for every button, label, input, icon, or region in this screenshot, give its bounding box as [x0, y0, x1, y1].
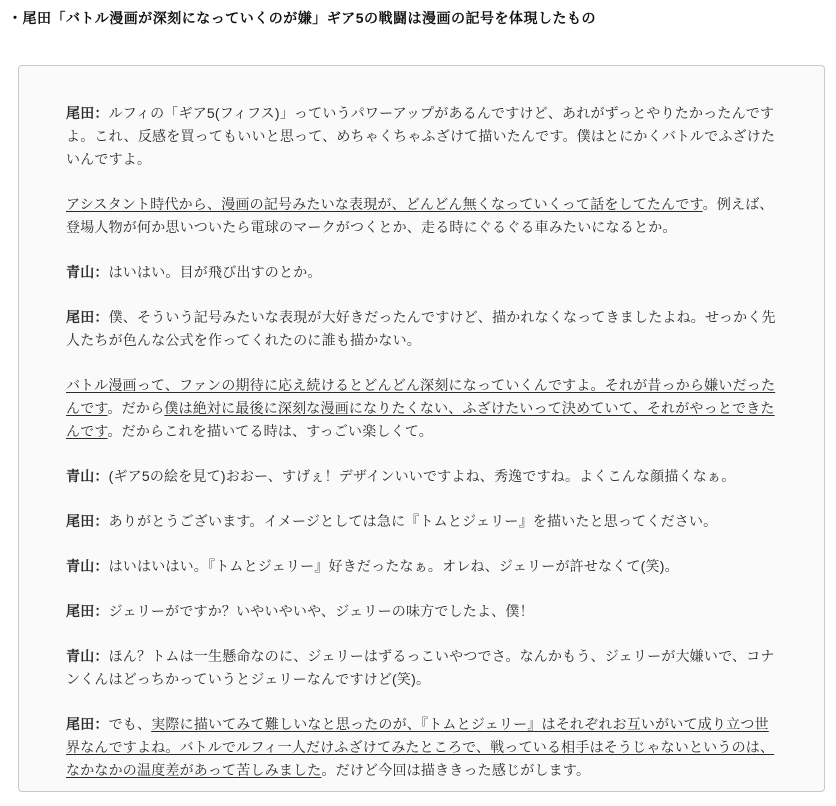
text-segment: 。だからこれを描いてる時は、すっごい楽しくて。: [107, 423, 432, 439]
dialogue-paragraph: 尾田：でも、実際に描いてみて難しいなと思ったのが、『トムとジェリー』はそれぞれお…: [66, 713, 780, 782]
text-segment: (ギア5の絵を見て)おおー、すげぇ！デザインいいですよね、秀逸ですね。よくこんな…: [109, 468, 736, 484]
page: ・尾田「バトル漫画が深刻になっていくのが嫌」ギア5の戦闘は漫画の記号を体現したも…: [0, 0, 836, 806]
dialogue-paragraph: 尾田：僕、そういう記号みたいな表現が大好きだったんですけど、描かれなくなってきま…: [66, 306, 780, 352]
text-segment: でも、: [109, 716, 152, 732]
text-segment: 僕、そういう記号みたいな表現が大好きだったんですけど、描かれなくなってきましたよ…: [66, 309, 776, 348]
text-segment: ありがとうございます。イメージとしては急に『トムとジェリー』を描いたと思ってくだ…: [109, 513, 718, 529]
text-segment: 。だけど今回は描ききった感じがします。: [321, 762, 590, 778]
text-segment: ほん？トムは一生懸命なのに、ジェリーはずるっこいやつでさ。なんかもう、ジェリーが…: [66, 648, 775, 687]
dialogue-paragraph: 青山：はいはい。目が飛び出すのとか。: [66, 261, 780, 284]
dialogue-paragraph: 青山：はいはいはい。『トムとジェリー』好きだったなぁ。オレね、ジェリーが許せなく…: [66, 555, 780, 578]
text-segment: 。だから: [107, 400, 164, 416]
dialogue-paragraph: アシスタント時代から、漫画の記号みたいな表現が、どんどん無くなっていくって話をし…: [66, 193, 780, 239]
speaker-label: 青山：: [66, 264, 109, 280]
text-segment: ジェリーがですか？いやいやいや、ジェリーの味方でしたよ、僕！: [109, 603, 534, 619]
underlined-text: アシスタント時代から、漫画の記号みたいな表現が、どんどん無くなっていくって話をし…: [66, 196, 703, 212]
dialogue-paragraph: 青山：(ギア5の絵を見て)おおー、すげぇ！デザインいいですよね、秀逸ですね。よく…: [66, 465, 780, 488]
text-segment: ルフィの「ギア5(フィフス)」っていうパワーアップがあるんですけど、あれがずっと…: [66, 105, 775, 167]
dialogue: 尾田：ルフィの「ギア5(フィフス)」っていうパワーアップがあるんですけど、あれが…: [66, 102, 780, 782]
dialogue-panel: 尾田：ルフィの「ギア5(フィフス)」っていうパワーアップがあるんですけど、あれが…: [18, 65, 825, 792]
dialogue-paragraph: 青山：ほん？トムは一生懸命なのに、ジェリーはずるっこいやつでさ。なんかもう、ジェ…: [66, 645, 780, 691]
speaker-label: 青山：: [66, 558, 109, 574]
text-segment: はいはいはい。『トムとジェリー』好きだったなぁ。オレね、ジェリーが許せなくて(笑…: [109, 558, 679, 574]
text-segment: はいはい。目が飛び出すのとか。: [109, 264, 322, 280]
dialogue-paragraph: 尾田：ありがとうございます。イメージとしては急に『トムとジェリー』を描いたと思っ…: [66, 510, 780, 533]
speaker-label: 青山：: [66, 468, 109, 484]
speaker-label: 尾田：: [66, 309, 109, 325]
speaker-label: 尾田：: [66, 513, 109, 529]
dialogue-paragraph: バトル漫画って、ファンの期待に応え続けるとどんどん深刻になっていくんですよ。それ…: [66, 374, 780, 443]
speaker-label: 尾田：: [66, 105, 109, 121]
dialogue-paragraph: 尾田：ルフィの「ギア5(フィフス)」っていうパワーアップがあるんですけど、あれが…: [66, 102, 780, 171]
speaker-label: 青山：: [66, 648, 109, 664]
dialogue-paragraph: 尾田：ジェリーがですか？いやいやいや、ジェリーの味方でしたよ、僕！: [66, 600, 780, 623]
speaker-label: 尾田：: [66, 716, 109, 732]
page-heading: ・尾田「バトル漫画が深刻になっていくのが嫌」ギア5の戦闘は漫画の記号を体現したも…: [0, 0, 836, 29]
speaker-label: 尾田：: [66, 603, 109, 619]
